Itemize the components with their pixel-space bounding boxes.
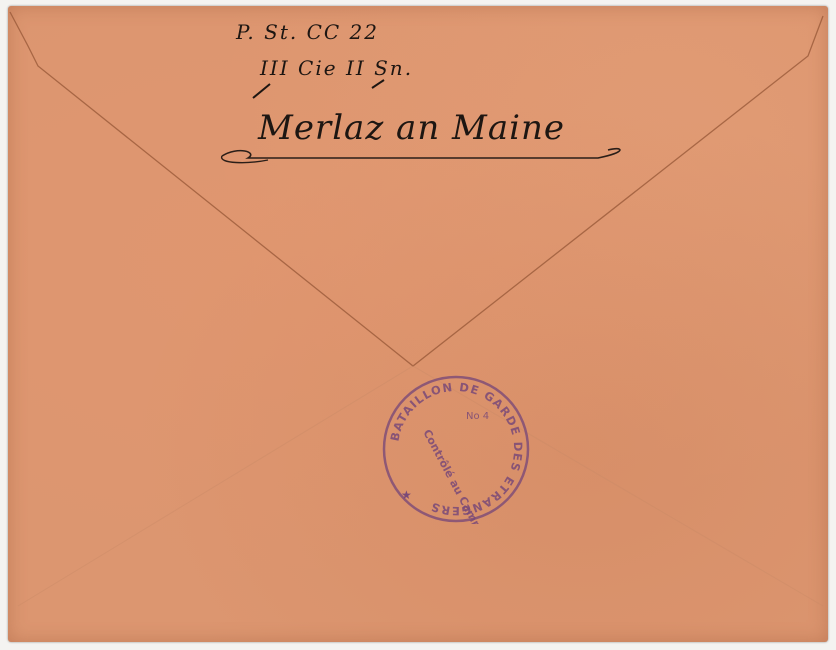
envelope-back: P. St. CC 22 III Cie II Sn. Merlaz an Ma… [8,6,828,642]
handwritten-postal-sector: P. St. CC 22 [236,20,379,44]
handwritten-sender-name: Merlaz an Maine [258,108,565,148]
stamp-circle-icon: BATAILLON DE GARDE DES ETRANGERS ★ No 4 … [381,374,531,524]
svg-text:No 4: No 4 [466,411,489,422]
envelope-flap-folds [8,6,828,642]
svg-text:★: ★ [401,488,412,502]
handwritten-unit: III Cie II Sn. [260,56,413,80]
censor-stamp: BATAILLON DE GARDE DES ETRANGERS ★ No 4 … [381,374,531,524]
